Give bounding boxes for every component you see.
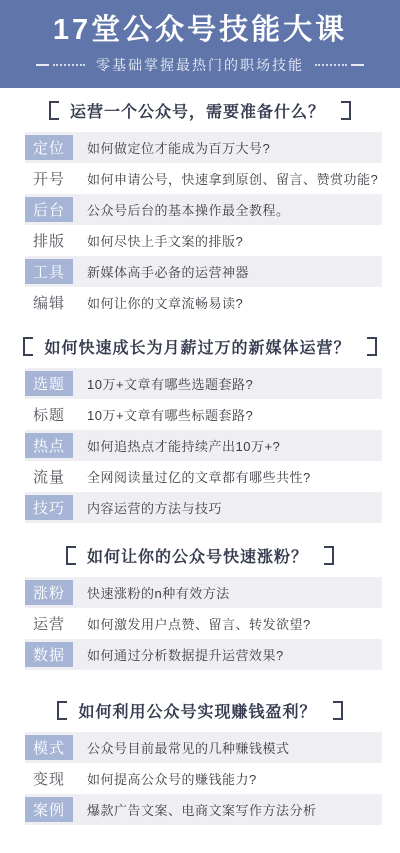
row-label-badge: 模式 <box>25 735 73 760</box>
row-text: 公众号目前最常见的几种赚钱模式 <box>87 738 290 757</box>
section-preparation: 运营一个公众号，需要准备什么？ 定位 如何做定位才能成为百万大号? 开号 如何申… <box>0 98 400 318</box>
dash-divider-left-icon <box>36 64 85 66</box>
section-title: 如何利用公众号实现赚钱盈利？ <box>0 698 400 722</box>
table-row: 流量 全网阅读量过亿的文章都有哪些共性? <box>25 461 382 492</box>
table-row: 编辑 如何让你的文章流畅易读? <box>25 287 382 318</box>
course-poster: 17堂公众号技能大课 零基础掌握最热门的职场技能 运营一个公众号，需要准备什么？… <box>0 0 400 853</box>
poster-title: 17堂公众号技能大课 <box>53 15 347 47</box>
section-rows: 选题 10万+文章有哪些选题套路? 标题 10万+文章有哪些标题套路? 热点 如… <box>25 368 382 523</box>
row-label-badge: 选题 <box>25 371 73 396</box>
row-text: 如何尽快上手文案的排版? <box>87 231 243 250</box>
bracket-right-icon <box>333 701 343 720</box>
subtitle-row: 零基础掌握最热门的职场技能 <box>36 55 364 75</box>
section-title-text: 如何快速成长为月薪过万的新媒体运营？ <box>44 335 350 358</box>
table-row: 涨粉 快速涨粉的n种有效方法 <box>25 577 382 608</box>
section-title-text: 如何让你的公众号快速涨粉？ <box>87 544 308 567</box>
row-text: 爆款广告文案、电商文案写作方法分析 <box>87 800 317 819</box>
section-rows: 定位 如何做定位才能成为百万大号? 开号 如何申请公号，快速拿到原创、留言、赞赏… <box>25 132 382 318</box>
table-row: 后台 公众号后台的基本操作最全教程。 <box>25 194 382 225</box>
row-label-badge: 定位 <box>25 135 73 160</box>
section-growth: 如何快速成长为月薪过万的新媒体运营？ 选题 10万+文章有哪些选题套路? 标题 … <box>0 334 400 523</box>
table-row: 变现 如何提高公众号的赚钱能力? <box>25 763 382 794</box>
row-text: 如何申请公号，快速拿到原创、留言、赞赏功能? <box>87 169 378 188</box>
dash-dotted-icon <box>53 64 85 66</box>
section-rows: 模式 公众号目前最常见的几种赚钱模式 变现 如何提高公众号的赚钱能力? 案例 爆… <box>25 732 382 825</box>
section-fans: 如何让你的公众号快速涨粉？ 涨粉 快速涨粉的n种有效方法 运营 如何激发用户点赞… <box>0 543 400 670</box>
row-label: 变现 <box>25 766 73 791</box>
table-row: 工具 新媒体高手必备的运营神器 <box>25 256 382 287</box>
section-title: 如何快速成长为月薪过万的新媒体运营？ <box>0 334 400 358</box>
table-row: 技巧 内容运营的方法与技巧 <box>25 492 382 523</box>
section-title: 如何让你的公众号快速涨粉？ <box>0 543 400 567</box>
row-label-badge: 案例 <box>25 797 73 822</box>
row-text: 快速涨粉的n种有效方法 <box>87 583 230 602</box>
bracket-right-icon <box>324 546 334 565</box>
table-row: 热点 如何追热点才能持续产出10万+? <box>25 430 382 461</box>
row-label: 流量 <box>25 464 73 489</box>
section-rows: 涨粉 快速涨粉的n种有效方法 运营 如何激发用户点赞、留言、转发欲望? 数据 如… <box>25 577 382 670</box>
row-text: 如何通过分析数据提升运营效果? <box>87 645 284 664</box>
row-label-badge: 涨粉 <box>25 580 73 605</box>
row-label-badge: 工具 <box>25 259 73 284</box>
row-label: 运营 <box>25 611 73 636</box>
poster-subtitle: 零基础掌握最热门的职场技能 <box>96 55 304 75</box>
dash-solid-icon <box>351 64 364 66</box>
table-row: 案例 爆款广告文案、电商文案写作方法分析 <box>25 794 382 825</box>
section-title: 运营一个公众号，需要准备什么？ <box>0 98 400 122</box>
table-row: 运营 如何激发用户点赞、留言、转发欲望? <box>25 608 382 639</box>
bracket-left-icon <box>57 701 67 720</box>
row-label-badge: 后台 <box>25 197 73 222</box>
row-label: 开号 <box>25 166 73 191</box>
row-text: 新媒体高手必备的运营神器 <box>87 262 249 281</box>
row-text: 内容运营的方法与技巧 <box>87 498 222 517</box>
row-label-badge: 数据 <box>25 642 73 667</box>
row-text: 如何激发用户点赞、留言、转发欲望? <box>87 614 311 633</box>
row-text: 如何让你的文章流畅易读? <box>87 293 243 312</box>
row-text: 全网阅读量过亿的文章都有哪些共性? <box>87 467 311 486</box>
bracket-right-icon <box>367 337 377 356</box>
section-title-text: 运营一个公众号，需要准备什么？ <box>70 99 325 122</box>
bracket-left-icon <box>66 546 76 565</box>
row-label: 标题 <box>25 402 73 427</box>
bracket-left-icon <box>49 101 59 120</box>
row-label-badge: 技巧 <box>25 495 73 520</box>
section-title-text: 如何利用公众号实现赚钱盈利？ <box>78 699 316 722</box>
bracket-right-icon <box>341 101 351 120</box>
table-row: 定位 如何做定位才能成为百万大号? <box>25 132 382 163</box>
table-row: 模式 公众号目前最常见的几种赚钱模式 <box>25 732 382 763</box>
row-text: 如何做定位才能成为百万大号? <box>87 138 270 157</box>
row-label: 编辑 <box>25 290 73 315</box>
section-monetization: 如何利用公众号实现赚钱盈利？ 模式 公众号目前最常见的几种赚钱模式 变现 如何提… <box>0 698 400 825</box>
table-row: 标题 10万+文章有哪些标题套路? <box>25 399 382 430</box>
table-row: 开号 如何申请公号，快速拿到原创、留言、赞赏功能? <box>25 163 382 194</box>
row-text: 如何追热点才能持续产出10万+? <box>87 436 280 455</box>
table-row: 选题 10万+文章有哪些选题套路? <box>25 368 382 399</box>
row-text: 公众号后台的基本操作最全教程。 <box>87 200 290 219</box>
row-label: 排版 <box>25 228 73 253</box>
dash-dotted-icon <box>315 64 347 66</box>
header-banner: 17堂公众号技能大课 零基础掌握最热门的职场技能 <box>0 0 400 88</box>
dash-solid-icon <box>36 64 49 66</box>
row-text: 10万+文章有哪些选题套路? <box>87 374 253 393</box>
dash-divider-right-icon <box>315 64 364 66</box>
row-text: 如何提高公众号的赚钱能力? <box>87 769 257 788</box>
bracket-left-icon <box>23 337 33 356</box>
table-row: 数据 如何通过分析数据提升运营效果? <box>25 639 382 670</box>
row-text: 10万+文章有哪些标题套路? <box>87 405 253 424</box>
row-label-badge: 热点 <box>25 433 73 458</box>
table-row: 排版 如何尽快上手文案的排版? <box>25 225 382 256</box>
